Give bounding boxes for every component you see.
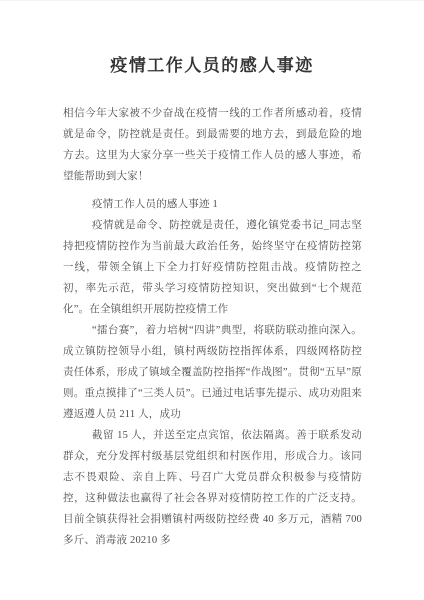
paragraph-section-label: 疫情工作人员的感人事迹 1 (63, 194, 362, 215)
document-title: 疫情工作人员的感人事迹 (0, 1, 424, 76)
paragraph-story-part-3: 截留 15 人，并送至定点宾馆，依法隔离。善于联系发动群众，充分发挥村级基层党组… (63, 425, 362, 551)
paragraph-story-part-2: “擂台赛”，着力培树“四讲”典型，将联防联动推向深入。成立镇防控领导小组，镇村两… (63, 320, 362, 425)
document-page: 疫情工作人员的感人事迹 相信今年大家被不少奋战在疫情一线的工作者所感动着，疫情就… (0, 0, 424, 600)
document-body: 相信今年大家被不少奋战在疫情一线的工作者所感动着，疫情就是命令，防控就是责任。到… (63, 103, 362, 551)
paragraph-intro: 相信今年大家被不少奋战在疫情一线的工作者所感动着，疫情就是命令，防控就是责任。到… (63, 103, 362, 187)
paragraph-story-part-1: 疫情就是命令、防控就是责任，遵化镇党委书记_同志坚持把疫情防控作为当前最大政治任… (63, 215, 362, 320)
